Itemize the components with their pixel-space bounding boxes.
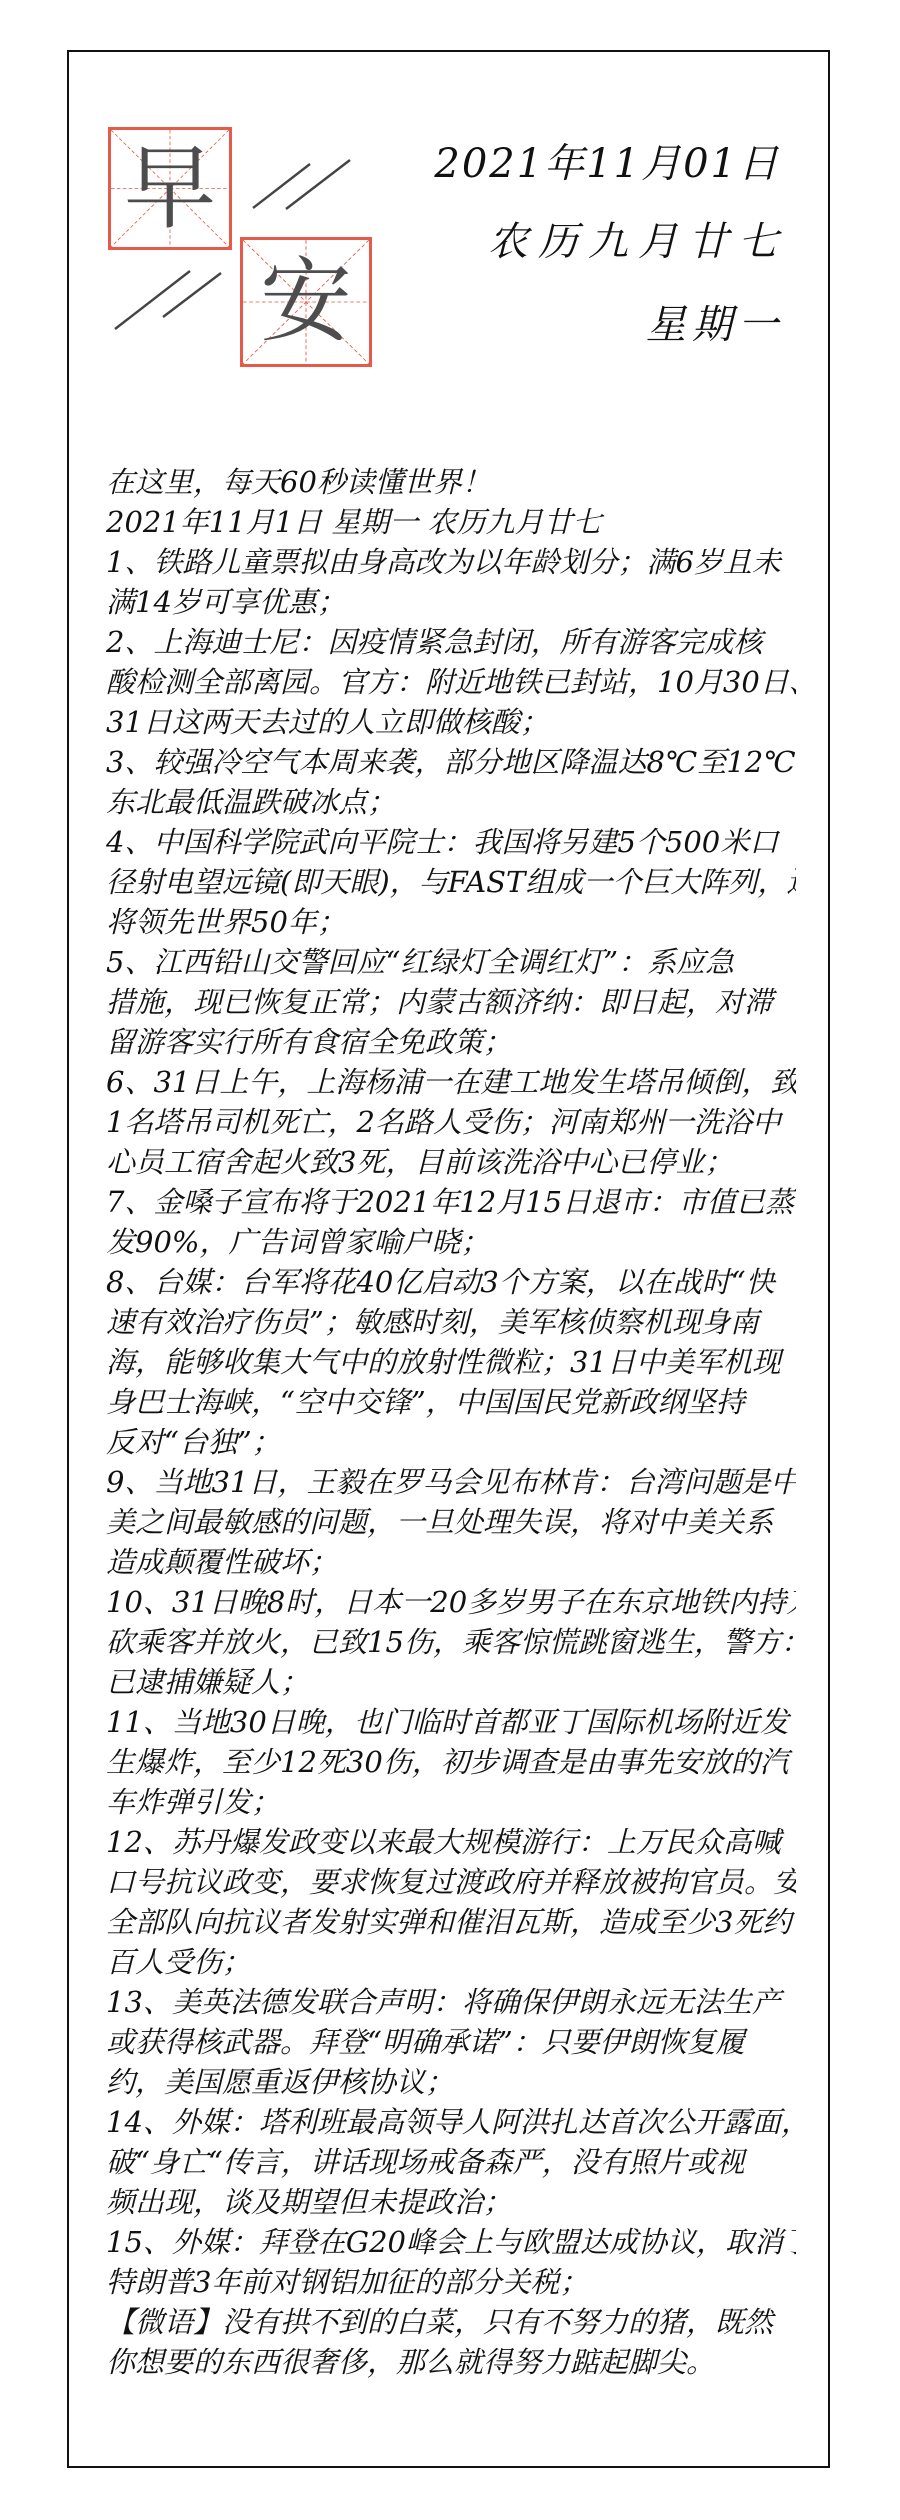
quote-line: 【微语】没有拱不到的白菜，只有不努力的猪，既然 (106, 2302, 796, 2342)
news-body: 在这里，每天60秒读懂世界！ 2021年11月1日 星期一 农历九月廿七 1、铁… (106, 462, 796, 2382)
news-line: 将领先世界50年； (106, 902, 796, 942)
news-line: 4、中国科学院武向平院士：我国将另建5个500米口 (106, 822, 796, 862)
news-line: 已逮捕嫌疑人； (106, 1662, 796, 1702)
news-line: 径射电望远镜(即天眼)，与FAST组成一个巨大阵列，这 (106, 862, 796, 902)
news-line: 9、当地31日，王毅在罗马会见布林肯：台湾问题是中 (106, 1462, 796, 1502)
news-line: 14、外媒：塔利班最高领导人阿洪扎达首次公开露面， (106, 2102, 796, 2142)
news-line: 6、31日上午，上海杨浦一在建工地发生塔吊倾倒，致 (106, 1062, 796, 1102)
news-line: 8、台媒：台军将花40亿启动3个方案，以在战时“快 (106, 1262, 796, 1302)
news-line: 车炸弹引发； (106, 1782, 796, 1822)
news-line: 1、铁路儿童票拟由身高改为以年龄划分；满6岁且未 (106, 542, 796, 582)
greeting-box-an: 安 (240, 237, 372, 367)
news-line: 东北最低温跌破冰点； (106, 782, 796, 822)
news-line: 11、当地30日晚，也门临时首都亚丁国际机场附近发 (106, 1702, 796, 1742)
news-line: 12、苏丹爆发政变以来最大规模游行：上万民众高喊 (106, 1822, 796, 1862)
news-line: 或获得核武器。拜登“明确承诺”：只要伊朗恢复履 (106, 2022, 796, 2062)
news-line: 留游客实行所有食宿全免政策； (106, 1022, 796, 1062)
news-line: 全部队向抗议者发射实弹和催泪瓦斯，造成至少3死约 (106, 1902, 796, 1942)
news-line: 破“身亡“传言，讲话现场戒备森严，没有照片或视 (106, 2142, 796, 2182)
news-line: 海，能够收集大气中的放射性微粒；31日中美军机现 (106, 1342, 796, 1382)
news-line: 15、外媒：拜登在G20峰会上与欧盟达成协议，取消了 (106, 2222, 796, 2262)
news-line: 2、上海迪士尼：因疫情紧急封闭，所有游客完成核 (106, 622, 796, 662)
news-line: 满14岁可享优惠； (106, 582, 796, 622)
news-line: 特朗普3年前对钢铝加征的部分关税； (106, 2262, 796, 2302)
date-line: 2021年11月01日 (434, 144, 780, 184)
news-line: 身巴士海峡，“空中交锋”，中国国民党新政纲坚持 (106, 1382, 796, 1422)
news-line: 美之间最敏感的问题，一旦处理失误，将对中美关系 (106, 1502, 796, 1542)
news-line: 31日这两天去过的人立即做核酸； (106, 702, 796, 742)
news-line: 5、江西铅山交警回应“红绿灯全调红灯”：系应急 (106, 942, 796, 982)
news-line: 频出现，谈及期望但未提政治； (106, 2182, 796, 2222)
news-line: 1名塔吊司机死亡，2名路人受伤；河南郑州一洗浴中 (106, 1102, 796, 1142)
intro-line: 在这里，每天60秒读懂世界！ (106, 462, 796, 502)
news-line: 发90%，广告词曾家喻户晓； (106, 1222, 796, 1262)
news-line: 砍乘客并放火，已致15伤，乘客惊慌跳窗逃生，警方： (106, 1622, 796, 1662)
news-line: 百人受伤； (106, 1942, 796, 1982)
news-line: 速有效治疗伤员”；敏感时刻，美军核侦察机现身南 (106, 1302, 796, 1342)
news-line: 措施，现已恢复正常；内蒙古额济纳：即日起，对滞 (106, 982, 796, 1022)
news-line: 造成颠覆性破坏； (106, 1542, 796, 1582)
date-summary-line: 2021年11月1日 星期一 农历九月廿七 (106, 502, 796, 542)
greeting-box-zao: 早 (108, 127, 232, 250)
news-line: 约，美国愿重返伊核协议； (106, 2062, 796, 2102)
news-line: 心员工宿舍起火致3死，目前该洗浴中心已停业； (106, 1142, 796, 1182)
quote-line: 你想要的东西很奢侈，那么就得努力踮起脚尖。 (106, 2342, 796, 2382)
news-line: 生爆炸，至少12死30伤，初步调查是由事先安放的汽 (106, 1742, 796, 1782)
greeting-char-an: 安 (243, 240, 369, 364)
greeting-char-zao: 早 (111, 130, 229, 247)
lunar-date-line: 农历九月廿七 (488, 222, 788, 262)
news-line: 7、金嗓子宣布将于2021年12月15日退市：市值已蒸 (106, 1182, 796, 1222)
news-line: 10、31日晚8时，日本一20多岁男子在东京地铁内持刀 (106, 1582, 796, 1622)
news-line: 反对“台独”； (106, 1422, 796, 1462)
news-line: 13、美英法德发联合声明：将确保伊朗永远无法生产 (106, 1982, 796, 2022)
news-line: 口号抗议政变，要求恢复过渡政府并释放被拘官员。安 (106, 1862, 796, 1902)
news-line: 3、较强冷空气本周来袭，部分地区降温达8℃至12℃， (106, 742, 796, 782)
weekday-line: 星期一 (646, 305, 784, 345)
news-line: 酸检测全部离园。官方：附近地铁已封站，10月30日、 (106, 662, 796, 702)
